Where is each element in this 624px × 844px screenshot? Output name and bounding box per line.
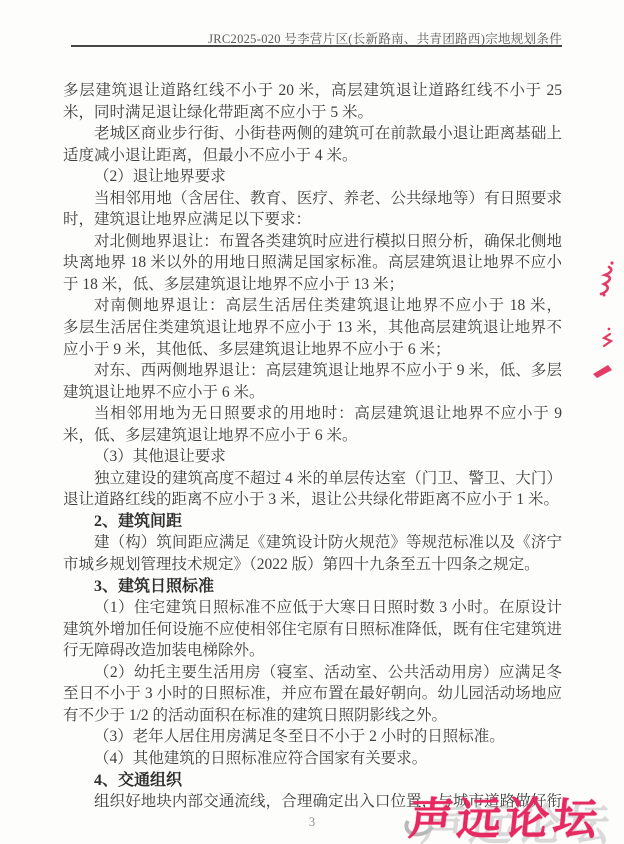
red-pen-mark: [585, 255, 624, 395]
text-line: 适度减小退让距离，但最小不应小于 4 米。: [63, 145, 562, 167]
text-line: 当相邻用地（含居住、教育、医疗、养老、公共绿地等）有日照要求: [63, 188, 562, 210]
text-line: 2、建筑间距: [63, 511, 562, 533]
text-line: 独立建设的建筑高度不超过 4 米的单层传达室（门卫、警卫、大门）: [63, 468, 562, 490]
text-line: 市城乡规划管理技术规定》（2022 版）第四十九条至五十四条之规定。: [63, 554, 562, 576]
text-line: 于 18 米，低、多层建筑退让地界不应小于 13 米；: [63, 274, 562, 296]
text-line: 当相邻用地为无日照要求的用地时：高层建筑退让地界不应小于 9: [63, 403, 562, 425]
text-line: （1）住宅建筑日照标准不应低于大寒日日照时数 3 小时。在原设计: [63, 597, 562, 619]
document-page: JRC2025-020 号李营片区(长新路南、共青团路西)宗地规划条件 多层建筑…: [0, 0, 624, 844]
text-line: 时，建筑退让地界应满足以下要求：: [63, 209, 562, 231]
text-line: 有不少于 1/2 的活动面积在标准的建筑日照阴影线之外。: [63, 705, 562, 727]
text-line: 退让道路红线的距离不应小于 3 米，退让公共绿化带距离不应小于 1 米。: [63, 489, 562, 511]
text-line: 应小于 9 米，其他低、多层建筑退让地界不应小于 6 米；: [63, 339, 562, 361]
text-line: 组织好地块内部交通流线，合理确定出入口位置，与城市道路做好衔: [63, 791, 562, 813]
text-line: 建（构）筑间距应满足《建筑设计防火规范》等规范标准以及《济宁: [63, 532, 562, 554]
text-line: 多层生活居住类建筑退让地界不应小于 13 米，其他高层建筑退让地界不: [63, 317, 562, 339]
text-line: 建筑外增加任何设施不应使相邻住宅原有日照标准降低，既有住宅建筑进: [63, 619, 562, 641]
text-line: （3）其他退让要求: [63, 446, 562, 468]
text-line: 块离地界 18 米以外的用地日照满足国家标准。高层建筑退让地界不应小: [63, 252, 562, 274]
document-lines: 多层建筑退让道路红线不小于 20 米，高层建筑退让道路红线不小于 25米，同时满…: [63, 80, 562, 813]
text-line: 米，同时满足退让绿化带距离不应小于 5 米。: [63, 102, 562, 124]
text-line: （2）幼托主要生活用房（寝室、活动室、公共活动用房）应满足冬: [63, 662, 562, 684]
header-rule: [71, 45, 562, 47]
text-line: 对北侧地界退让：布置各类建筑时应进行模拟日照分析，确保北侧地: [63, 231, 562, 253]
text-line: （3）老年人居住用房满足冬至日不小于 2 小时的日照标准。: [63, 726, 562, 748]
text-line: 多层建筑退让道路红线不小于 20 米，高层建筑退让道路红线不小于 25: [63, 80, 562, 102]
text-line: 3、建筑日照标准: [63, 576, 562, 598]
text-line: 行无障碍改造加装电梯除外。: [63, 640, 562, 662]
text-line: （4）其他建筑的日照标准应符合国家有关要求。: [63, 748, 562, 770]
text-line: 建筑退让地界不应小于 6 米。: [63, 382, 562, 404]
text-line: （2）退让地界要求: [63, 166, 562, 188]
page-number: 3: [0, 815, 624, 830]
text-line: 4、交通组织: [63, 770, 562, 792]
text-line: 对南侧地界退让：高层生活居住类建筑退让地界不应小于 18 米，低、: [63, 295, 562, 317]
text-line: 对东、西两侧地界退让：高层建筑退让地界不应小于 9 米，低、多层: [63, 360, 562, 382]
text-line: 至日不小于 3 小时的日照标准，并应布置在最好朝向。幼儿园活动场地应: [63, 683, 562, 705]
text-line: 老城区商业步行街、小街巷两侧的建筑可在前款最小退让距离基础上: [63, 123, 562, 145]
text-line: 米，低、多层建筑退让地界不应小于 6 米。: [63, 425, 562, 447]
